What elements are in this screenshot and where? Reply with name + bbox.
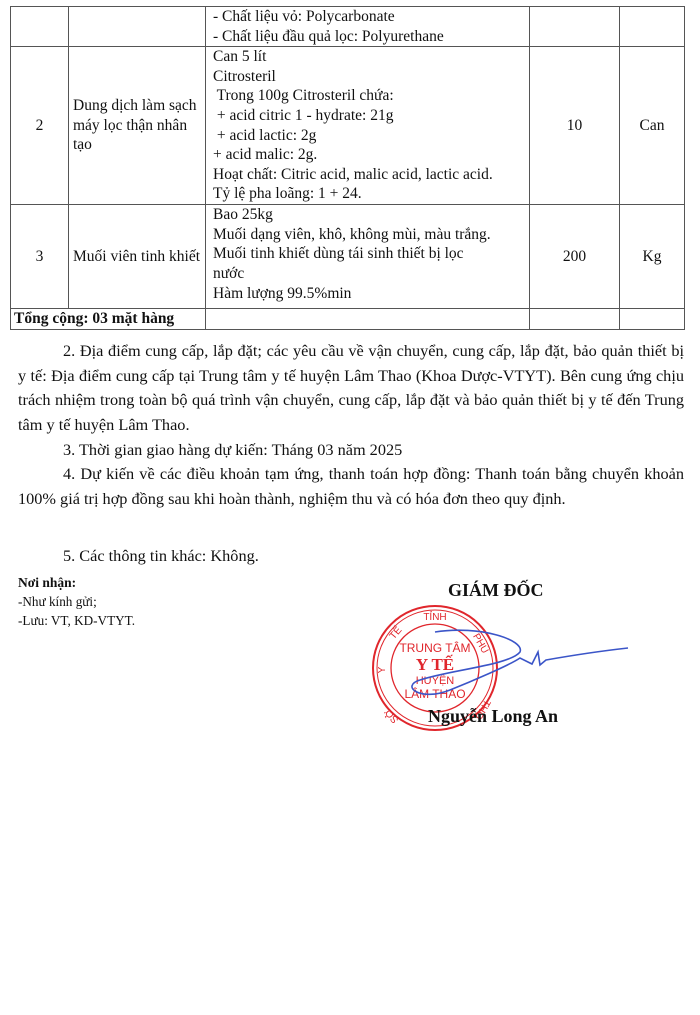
spec-line: Hàm lượng 99.5%min — [213, 284, 525, 304]
item-number-cell: 2 — [11, 47, 69, 205]
empty-cell — [206, 309, 530, 330]
empty-cell — [620, 309, 685, 330]
svg-text:Y: Y — [377, 666, 388, 673]
paragraph-other-info: 5. Các thông tin khác: Không. — [18, 544, 684, 569]
spec-line: Bao 25kg — [213, 205, 525, 225]
item-spec-cell: - Chất liệu vỏ: Polycarbonate- Chất liệu… — [206, 7, 530, 47]
item-name-cell: Muối viên tinh khiết — [69, 205, 206, 309]
spec-line: + acid citric 1 - hydrate: 21g — [213, 106, 525, 126]
spec-line: Citrosteril — [213, 67, 525, 87]
item-name-cell: Dung dịch làm sạch máy lọc thận nhân tạo — [69, 47, 206, 205]
item-spec-cell: Can 5 lítCitrosteril Trong 100g Citroste… — [206, 47, 530, 205]
spec-line: Hoạt chất: Citric acid, malic acid, lact… — [213, 165, 525, 185]
spec-line: - Chất liệu đầu quả lọc: Polyurethane — [213, 27, 525, 47]
signer-name: Nguyễn Long An — [428, 706, 558, 727]
paragraph-delivery-location: 2. Địa điểm cung cấp, lắp đặt; các yêu c… — [18, 339, 684, 437]
table-row: - Chất liệu vỏ: Polycarbonate- Chất liệu… — [11, 7, 685, 47]
items-table: - Chất liệu vỏ: Polycarbonate- Chất liệu… — [10, 6, 685, 330]
recipients-title: Nơi nhận: — [18, 575, 76, 590]
recipient-item: -Lưu: VT, KD-VTYT. — [18, 611, 135, 630]
item-number-cell — [11, 7, 69, 47]
item-name-cell — [69, 7, 206, 47]
item-spec-cell: Bao 25kgMuối dạng viên, khô, không mùi, … — [206, 205, 530, 309]
spec-line: Muối tinh khiết dùng tái sinh thiết bị l… — [213, 244, 525, 264]
table-row: 2Dung dịch làm sạch máy lọc thận nhân tạ… — [11, 47, 685, 205]
paragraph-delivery-time: 3. Thời gian giao hàng dự kiến: Tháng 03… — [18, 438, 684, 463]
spec-line: nước — [213, 264, 525, 284]
item-unit-cell: Can — [620, 47, 685, 205]
svg-text:PHÚ: PHÚ — [470, 631, 492, 656]
svg-text:Y TẾ: Y TẾ — [416, 655, 454, 674]
item-unit-cell: Kg — [620, 205, 685, 309]
svg-text:SỞ: SỞ — [381, 706, 401, 726]
empty-cell — [530, 309, 620, 330]
spec-line: - Chất liệu vỏ: Polycarbonate — [213, 7, 525, 27]
item-unit-cell — [620, 7, 685, 47]
table-row: 3Muối viên tinh khiếtBao 25kgMuối dạng v… — [11, 205, 685, 309]
spec-line: + acid malic: 2g. — [213, 145, 525, 165]
total-row: Tổng cộng: 03 mặt hàng — [11, 309, 685, 330]
spec-line: Tỷ lệ pha loãng: 1 + 24. — [213, 184, 525, 204]
item-quantity-cell: 10 — [530, 47, 620, 205]
spec-line: Can 5 lít — [213, 47, 525, 67]
total-label: Tổng cộng: 03 mặt hàng — [11, 309, 206, 330]
recipient-item: -Như kính gửi; — [18, 592, 135, 611]
item-quantity-cell: 200 — [530, 205, 620, 309]
spec-line: Muối dạng viên, khô, không mùi, màu trắn… — [213, 225, 525, 245]
item-number-cell: 3 — [11, 205, 69, 309]
recipients-block: Nơi nhận: -Như kính gửi; -Lưu: VT, KD-VT… — [18, 573, 135, 630]
paragraph-payment-terms: 4. Dự kiến về các điều khoản tạm ứng, th… — [18, 462, 684, 511]
svg-text:TỈNH: TỈNH — [423, 610, 446, 623]
svg-text:TRUNG TÂM: TRUNG TÂM — [399, 640, 470, 655]
spec-line: Trong 100g Citrosteril chứa: — [213, 86, 525, 106]
spec-line: + acid lactic: 2g — [213, 126, 525, 146]
item-quantity-cell — [530, 7, 620, 47]
